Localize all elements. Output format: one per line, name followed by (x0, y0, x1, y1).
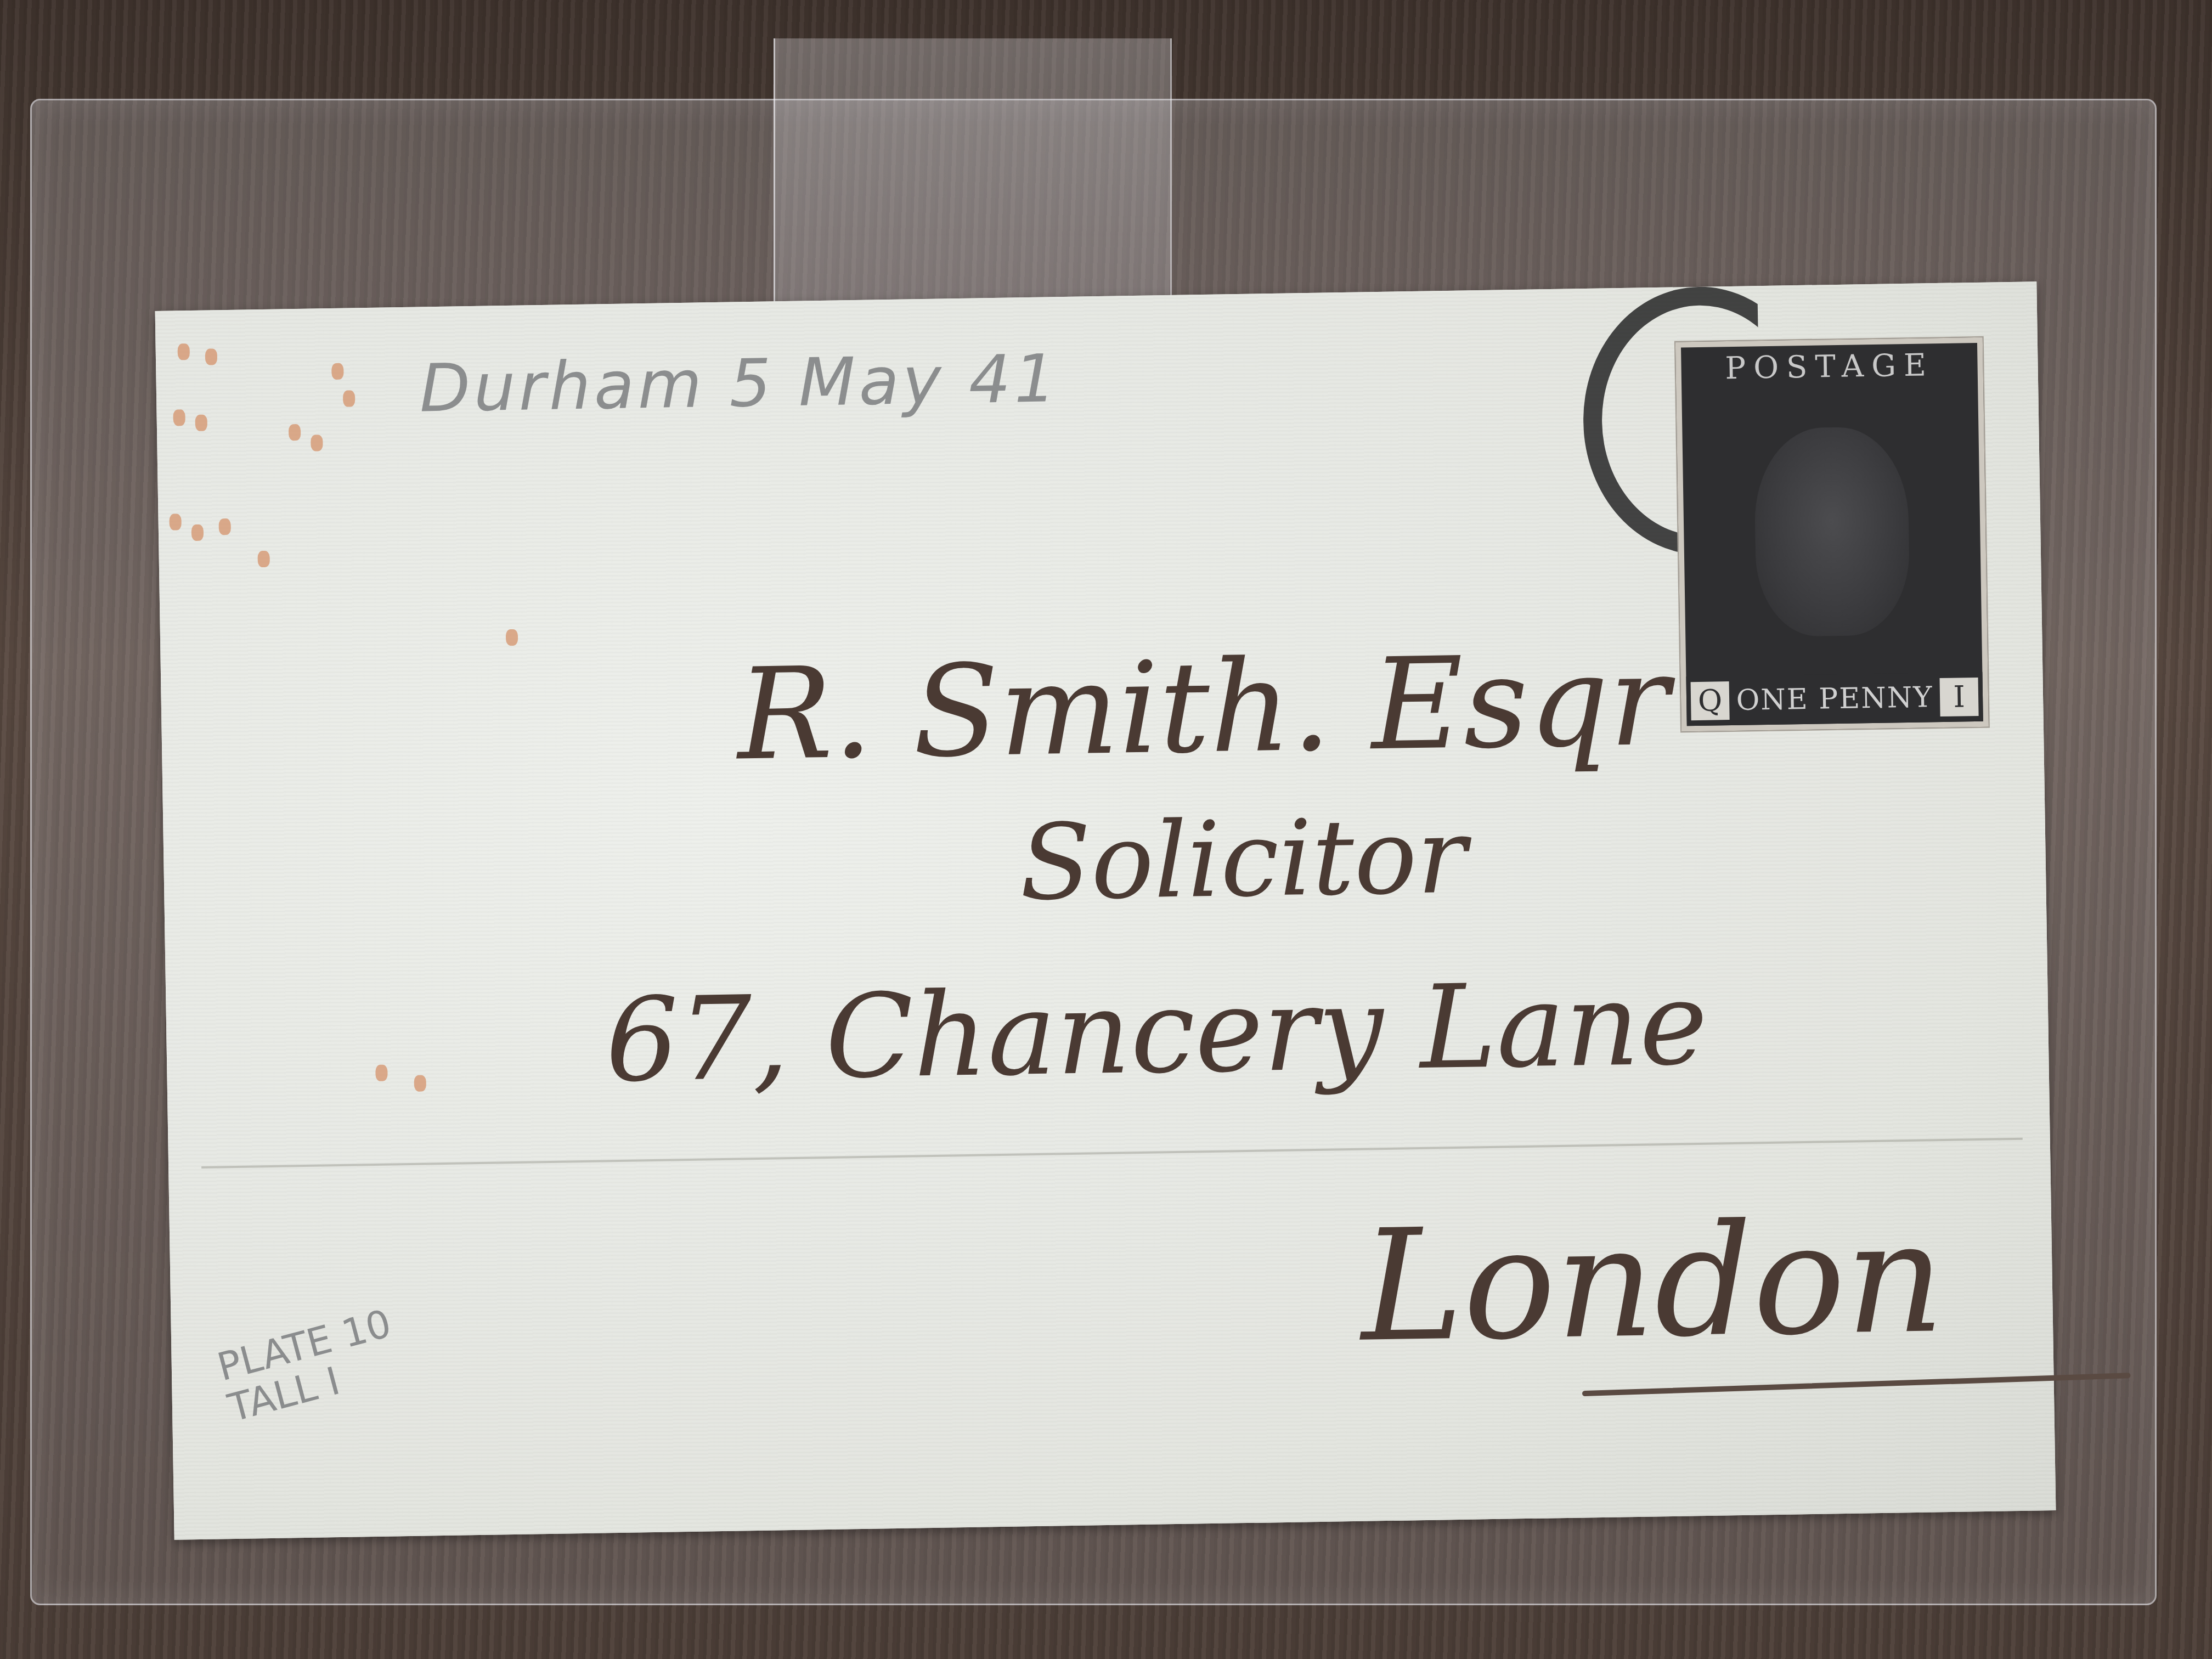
stamp-top-text: POSTAGE (1681, 343, 1978, 391)
address-name: R. Smith. Esqr (736, 628, 1670, 789)
stamp-value-text: ONE PENNY (1734, 681, 1936, 717)
letter-entire: Durham 5 May 41 PLATE 10 TALL I R. Smith… (155, 281, 2056, 1540)
stamp-corner-letter-right: I (1940, 678, 1979, 716)
penny-black-stamp: POSTAGE Q ONE PENNY I (1675, 337, 1989, 732)
stamp-corner-letter-left: Q (1691, 681, 1730, 720)
sleeve-flap (774, 38, 1172, 324)
pencil-note-origin-date: Durham 5 May 41 (419, 341, 1060, 427)
stamp-value-tablet: Q ONE PENNY I (1686, 672, 1983, 726)
city-underline (1582, 1373, 2131, 1396)
address-title: Solicitor (1019, 795, 1468, 924)
queen-portrait-icon (1753, 426, 1910, 637)
fold-line (201, 1138, 2023, 1169)
pencil-note-plate: PLATE 10 TALL I (213, 1302, 406, 1430)
address-city: London (1359, 1188, 1945, 1376)
address-street: 67, Chancery Lane (605, 956, 1709, 1108)
